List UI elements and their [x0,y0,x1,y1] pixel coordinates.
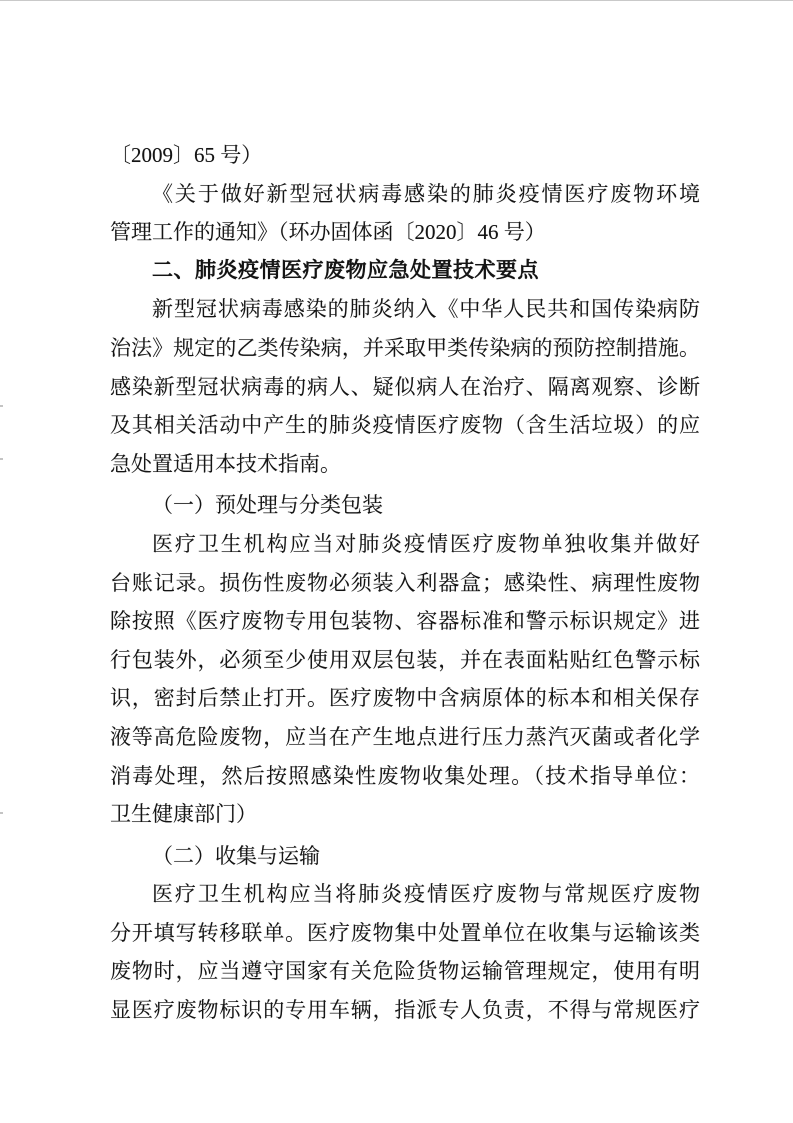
document-page: 〔2009〕65 号） 《关于做好新型冠状病毒感染的肺炎疫情医疗废物环境 管理工… [0,0,793,1123]
subsection-heading-1: （一）预处理与分类包装 [110,486,700,525]
scan-speck [0,812,3,814]
text-line: 分开填写转移联单。医疗废物集中处置单位在收集与运输该类 [110,914,700,953]
section-heading-2: 二、肺炎疫情医疗废物应急处置技术要点 [110,252,700,291]
text-line: 废物时，应当遵守国家有关危险货物运输管理规定，使用有明 [110,952,700,991]
text-line-paragraph-end: 急处置适用本技术指南。 [110,445,700,484]
text-line: 显医疗废物标识的专用车辆，指派专人负责，不得与常规医疗 [110,991,700,1030]
scan-speck [0,458,3,460]
text-line: 除按照《医疗废物专用包装物、容器标准和警示标识规定》进 [110,602,700,641]
text-line: 识，密封后禁止打开。医疗废物中含病原体的标本和相关保存 [110,679,700,718]
scan-top-edge-artifact [0,0,793,1]
text-line: 液等高危险废物，应当在产生地点进行压力蒸汽灭菌或者化学 [110,718,700,757]
text-line: 医疗卫生机构应当对肺炎疫情医疗废物单独收集并做好 [110,525,700,564]
text-line: 新型冠状病毒感染的肺炎纳入《中华人民共和国传染病防 [110,290,700,329]
text-line-paragraph-end: 卫生健康部门） [110,795,700,834]
text-line: 治法》规定的乙类传染病，并采取甲类传染病的预防控制措施。 [110,329,700,368]
text-line: 感染新型冠状病毒的病人、疑似病人在治疗、隔离观察、诊断 [110,368,700,407]
text-line: 台账记录。损伤性废物必须装入利器盒；感染性、病理性废物 [110,564,700,603]
text-line-doc-number-continuation: 〔2009〕65 号） [110,136,700,175]
text-line-reference-title-end: 管理工作的通知》（环办固体函〔2020〕46 号） [110,213,700,252]
text-line-reference-title: 《关于做好新型冠状病毒感染的肺炎疫情医疗废物环境 [110,175,700,214]
scan-speck [0,405,3,407]
text-line: 行包装外，必须至少使用双层包装，并在表面粘贴红色警示标 [110,641,700,680]
subsection-heading-2: （二）收集与运输 [110,837,700,876]
text-line: 医疗卫生机构应当将肺炎疫情医疗废物与常规医疗废物 [110,875,700,914]
text-line: 及其相关活动中产生的肺炎疫情医疗废物（含生活垃圾）的应 [110,406,700,445]
text-line: 消毒处理，然后按照感染性废物收集处理。（技术指导单位： [110,757,700,796]
document-text-block: 〔2009〕65 号） 《关于做好新型冠状病毒感染的肺炎疫情医疗废物环境 管理工… [110,136,700,1030]
